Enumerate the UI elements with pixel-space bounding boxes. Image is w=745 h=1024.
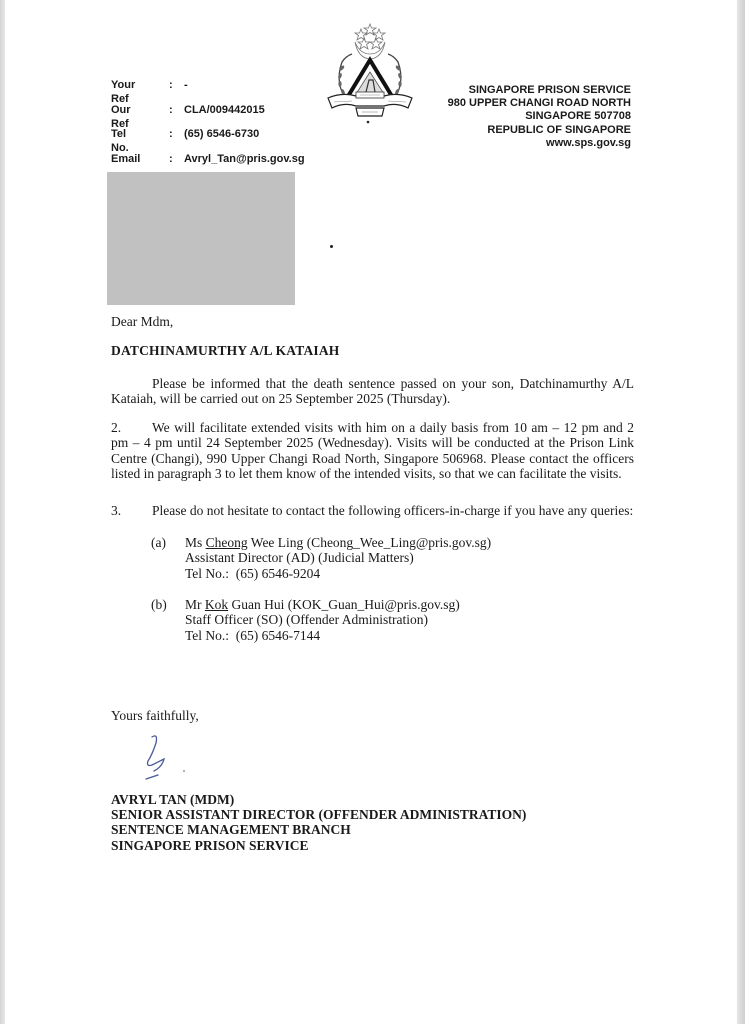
signatory-title: SENIOR ASSISTANT DIRECTOR (OFFENDER ADMI… — [111, 807, 526, 822]
paragraph-number: 3. — [111, 503, 152, 518]
paragraph-text: We will facilitate extended visits with … — [111, 420, 634, 481]
redacted-recipient-address — [107, 172, 295, 305]
ref-colon: : — [169, 127, 173, 141]
officer-title: Ms — [185, 535, 202, 550]
officer-role: Staff Officer (SO) (Offender Administrat… — [185, 612, 460, 627]
ref-value: (65) 6546-6730 — [184, 127, 259, 141]
signatory-organisation: SINGAPORE PRISON SERVICE — [111, 838, 526, 853]
officer-email: (Cheong_Wee_Ling@pris.gov.sg) — [307, 535, 491, 550]
officer-surname: Kok — [205, 597, 228, 612]
scan-speck — [183, 770, 185, 772]
signature-icon — [140, 733, 190, 783]
ref-value: CLA/009442015 — [184, 103, 265, 117]
paragraph-1: Please be informed that the death senten… — [111, 376, 634, 407]
paragraph-number: 2. — [111, 420, 152, 435]
page-edge-left — [0, 0, 5, 1024]
officer-role: Assistant Director (AD) (Judicial Matter… — [185, 550, 491, 565]
officer-index: (b) — [151, 597, 167, 612]
page-edge-right — [737, 0, 745, 1024]
officer-tel: Tel No.: (65) 6546-9204 — [185, 566, 491, 581]
address-postcode: SINGAPORE 507708 — [448, 110, 631, 123]
paragraph-text: Please do not hesitate to contact the fo… — [152, 503, 633, 518]
paragraph-2: 2.We will facilitate extended visits wit… — [111, 420, 634, 482]
paragraph-text: Please be informed that the death senten… — [111, 376, 634, 406]
letter-subject: DATCHINAMURTHY A/L KATAIAH — [111, 343, 340, 359]
signatory-block: AVRYL TAN (MDM) SENIOR ASSISTANT DIRECTO… — [111, 792, 526, 853]
officer-index: (a) — [151, 535, 166, 550]
signatory-branch: SENTENCE MANAGEMENT BRANCH — [111, 822, 526, 837]
officer-contact-b: (b) Mr Kok Guan Hui (KOK_Guan_Hui@pris.g… — [151, 597, 460, 643]
officer-surname: Cheong — [206, 535, 248, 550]
ref-value: Avryl_Tan@pris.gov.sg — [184, 152, 305, 166]
salutation: Dear Mdm, — [111, 314, 173, 330]
officer-contact-a: (a) Ms Cheong Wee Ling (Cheong_Wee_Ling@… — [151, 535, 491, 581]
signatory-name: AVRYL TAN (MDM) — [111, 792, 526, 807]
ref-colon: : — [169, 152, 173, 166]
website-link: www.sps.gov.sg — [448, 137, 631, 150]
ref-colon: : — [169, 103, 173, 117]
officer-name-line: Ms Cheong Wee Ling (Cheong_Wee_Ling@pris… — [185, 535, 491, 550]
address-country: REPUBLIC OF SINGAPORE — [448, 124, 631, 137]
ref-value: - — [184, 78, 188, 92]
officer-title: Mr — [185, 597, 202, 612]
paragraph-3: 3.Please do not hesitate to contact the … — [111, 503, 634, 518]
ref-colon: : — [169, 78, 173, 92]
officer-email: (KOK_Guan_Hui@pris.gov.sg) — [288, 597, 460, 612]
ref-label: Email — [111, 152, 140, 166]
address-street: 980 UPPER CHANGI ROAD NORTH — [448, 97, 631, 110]
sender-address: SINGAPORE PRISON SERVICE 980 UPPER CHANG… — [448, 84, 631, 150]
organisation-name: SINGAPORE PRISON SERVICE — [448, 84, 631, 97]
officer-tel: Tel No.: (65) 6546-7144 — [185, 628, 460, 643]
officer-given-name: Guan Hui — [232, 597, 285, 612]
crest-icon — [322, 22, 418, 124]
officer-given-name: Wee Ling — [251, 535, 304, 550]
scan-speck — [330, 245, 333, 248]
officer-name-line: Mr Kok Guan Hui (KOK_Guan_Hui@pris.gov.s… — [185, 597, 460, 612]
closing: Yours faithfully, — [111, 708, 199, 724]
